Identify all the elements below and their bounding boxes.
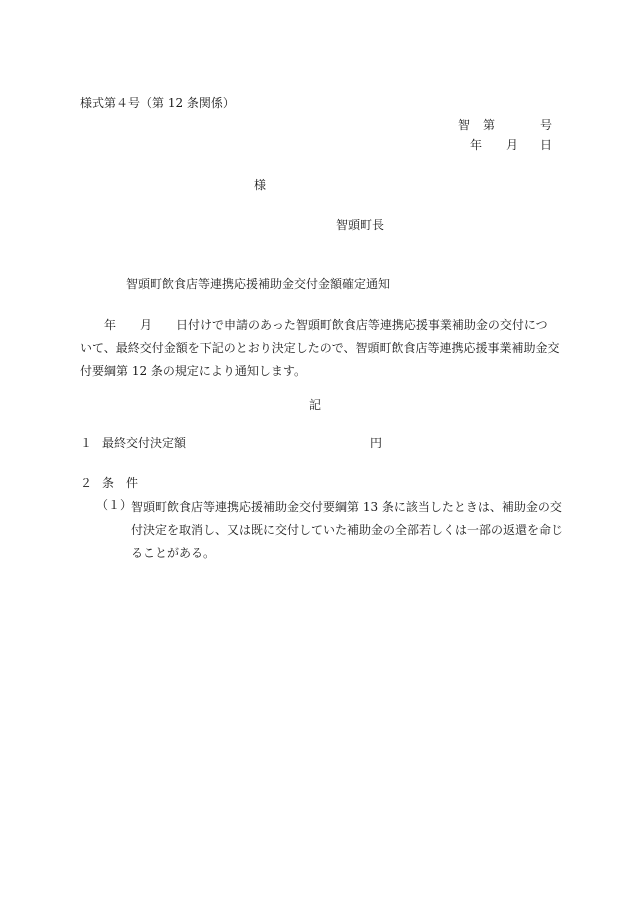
- item-unit: 円: [370, 437, 382, 449]
- reference-dai: 第: [483, 119, 495, 131]
- condition-text: 智頭町飲食店等連携応援補助金交付要綱第 13 条に該当したときは、補助金の交 付…: [131, 496, 556, 565]
- body-line: いて、最終交付金額を下記のとおり決定したので、智頭町飲食店等連携応援事業補助金交: [80, 337, 552, 360]
- date-month: 月: [506, 139, 518, 151]
- condition-number: （１）: [96, 499, 132, 511]
- item-number: １: [80, 437, 92, 449]
- addressee-suffix: 様: [254, 179, 266, 191]
- date-day: 日: [540, 139, 552, 151]
- reference-prefix: 智: [458, 119, 470, 131]
- ki-heading: 記: [309, 399, 321, 411]
- item-number: ２: [80, 477, 92, 489]
- date-year: 年: [470, 139, 482, 151]
- body-line: 年 月 日付けで申請のあった智頭町飲食店等連携応援事業補助金の交付につ: [80, 314, 552, 337]
- body-line: 付要綱第 12 条の規定により通知します。: [80, 360, 552, 383]
- condition-line: ることがある。: [131, 542, 556, 565]
- condition-line: 智頭町飲食店等連携応援補助金交付要綱第 13 条に該当したときは、補助金の交: [131, 496, 556, 519]
- reference-go: 号: [540, 119, 552, 131]
- item-label: 条 件: [102, 477, 138, 489]
- body-paragraph: 年 月 日付けで申請のあった智頭町飲食店等連携応援事業補助金の交付につ いて、最…: [80, 314, 552, 383]
- document-title: 智頭町飲食店等連携応援補助金交付金額確定通知: [126, 278, 390, 290]
- issuer: 智頭町長: [336, 219, 384, 231]
- form-label: 様式第４号（第 12 条関係）: [80, 97, 235, 109]
- condition-line: 付決定を取消し、又は既に交付していた補助金の全部若しくは一部の返還を命じ: [131, 519, 556, 542]
- item-label: 最終交付決定額: [102, 437, 186, 449]
